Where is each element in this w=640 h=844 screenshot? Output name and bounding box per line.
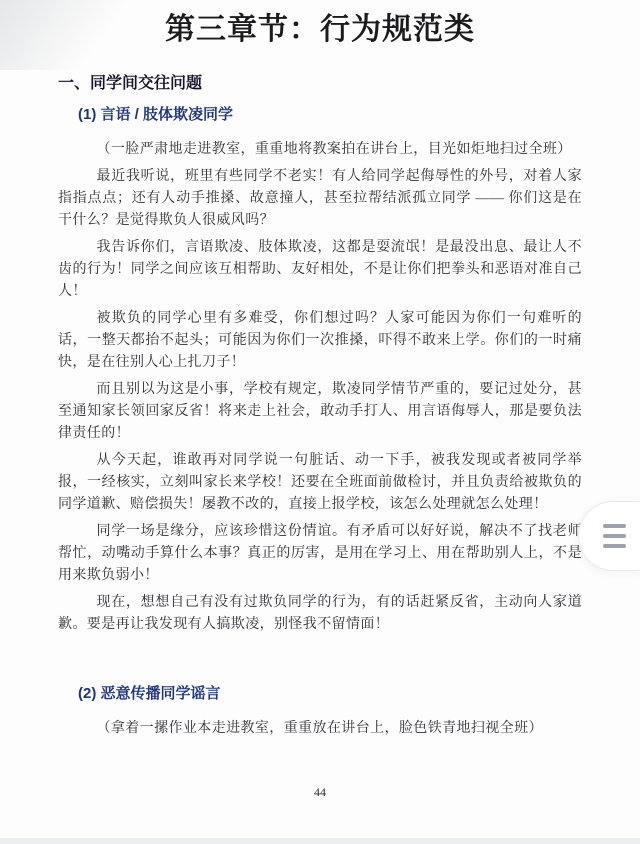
paragraph: 现在，想想自己有没有过欺负同学的行为，有的话赶紧反省，主动向人家道歉。要是再让我… bbox=[58, 592, 582, 636]
document-page: 第三章节：行为规范类 一、同学间交往问题 (1) 言语 / 肢体欺凌同学 （一脸… bbox=[0, 0, 640, 838]
stage-direction-2: （拿着一摞作业本走进教室，重重放在讲台上，脸色铁青地扫视全班） bbox=[58, 718, 582, 740]
hamburger-menu-icon bbox=[593, 524, 626, 548]
subsection-heading-2: (2) 恶意传播同学谣言 bbox=[58, 684, 582, 703]
page-number: 44 bbox=[0, 785, 640, 800]
paragraph: 被欺负的同学心里有多难受，你们想过吗？人家可能因为你们一句难听的话，一整天都抬不… bbox=[58, 308, 582, 374]
section-heading: 一、同学间交往问题 bbox=[58, 74, 582, 94]
paragraph: 最近我听说，班里有些同学不老实！有人给同学起侮辱性的外号，对着人家指指点点；还有… bbox=[58, 166, 582, 232]
page-bottom-gap bbox=[0, 838, 640, 844]
paragraph: 我告诉你们，言语欺凌、肢体欺凌，这都是耍流氓！是最没出息、最让人不齿的行为！同学… bbox=[58, 237, 582, 303]
subsection-heading-1: (1) 言语 / 肢体欺凌同学 bbox=[58, 105, 582, 124]
paragraph: 同学一场是缘分，应该珍惜这份情谊。有矛盾可以好好说，解决不了找老师帮忙，动嘴动手… bbox=[58, 521, 582, 587]
paragraph: 从今天起，谁敢再对同学说一句脏话、动一下手，被我发现或者被同学举报，一经核实，立… bbox=[58, 450, 582, 516]
menu-drawer-tab-button[interactable] bbox=[578, 501, 640, 571]
stage-direction-1: （一脸严肃地走进教室，重重地将教案拍在讲台上，目光如炬地扫过全班） bbox=[58, 139, 582, 161]
chapter-title: 第三章节：行为规范类 bbox=[58, 6, 582, 52]
screen: 第三章节：行为规范类 一、同学间交往问题 (1) 言语 / 肢体欺凌同学 （一脸… bbox=[0, 0, 640, 844]
paragraph: 而且别以为这是小事，学校有规定，欺凌同学情节严重的，要记过处分，甚至通知家长领回… bbox=[58, 379, 582, 445]
